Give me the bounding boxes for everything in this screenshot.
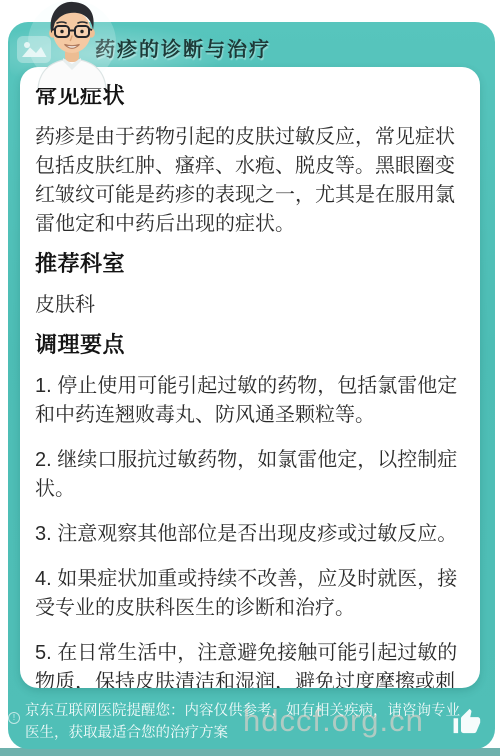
section-heading-care-points: 调理要点 bbox=[35, 332, 465, 358]
list-item: 5. 在日常生活中，注意避免接触可能引起过敏的物质，保持皮肤清洁和湿润，避免过度… bbox=[35, 639, 465, 688]
content-card: 常见症状 药疹是由于药物引起的皮肤过敏反应，常见症状包括皮肤红肿、瘙痒、水疱、脱… bbox=[20, 67, 480, 688]
department-value: 皮肤科 bbox=[35, 291, 465, 320]
section-heading-department: 推荐科室 bbox=[35, 251, 465, 277]
thumbs-up-button[interactable] bbox=[451, 706, 482, 737]
list-item: 2. 继续口服抗过敏药物，如氯雷他定，以控制症状。 bbox=[35, 446, 465, 504]
watermark-text: hdccf.org.cn bbox=[243, 703, 424, 739]
page-title: 药疹的诊断与治疗 bbox=[95, 33, 271, 62]
list-item: 1. 停止使用可能引起过敏的药物，包括氯雷他定和中药连翘败毒丸、防风通圣颗粒等。 bbox=[35, 372, 465, 430]
list-item: 3. 注意观察其他部位是否出现皮疹或过敏反应。 bbox=[35, 520, 465, 549]
list-item: 4. 如果症状加重或持续不改善，应及时就医，接受专业的皮肤科医生的诊断和治疗。 bbox=[35, 565, 465, 623]
care-points-list: 1. 停止使用可能引起过敏的药物，包括氯雷他定和中药连翘败毒丸、防风通圣颗粒等。… bbox=[35, 372, 465, 688]
info-circle-icon: ! bbox=[8, 712, 20, 724]
doctor-avatar-illustration bbox=[26, 0, 118, 88]
health-info-card-page: { "header": { "title": "药疹的诊断与治疗", "avat… bbox=[0, 0, 500, 756]
doctor-avatar bbox=[26, 0, 118, 88]
thumbs-up-icon bbox=[451, 706, 482, 737]
bottom-edge-strip bbox=[0, 748, 500, 756]
symptoms-paragraph: 药疹是由于药物引起的皮肤过敏反应，常见症状包括皮肤红肿、瘙痒、水疱、脱皮等。黑眼… bbox=[35, 123, 465, 239]
